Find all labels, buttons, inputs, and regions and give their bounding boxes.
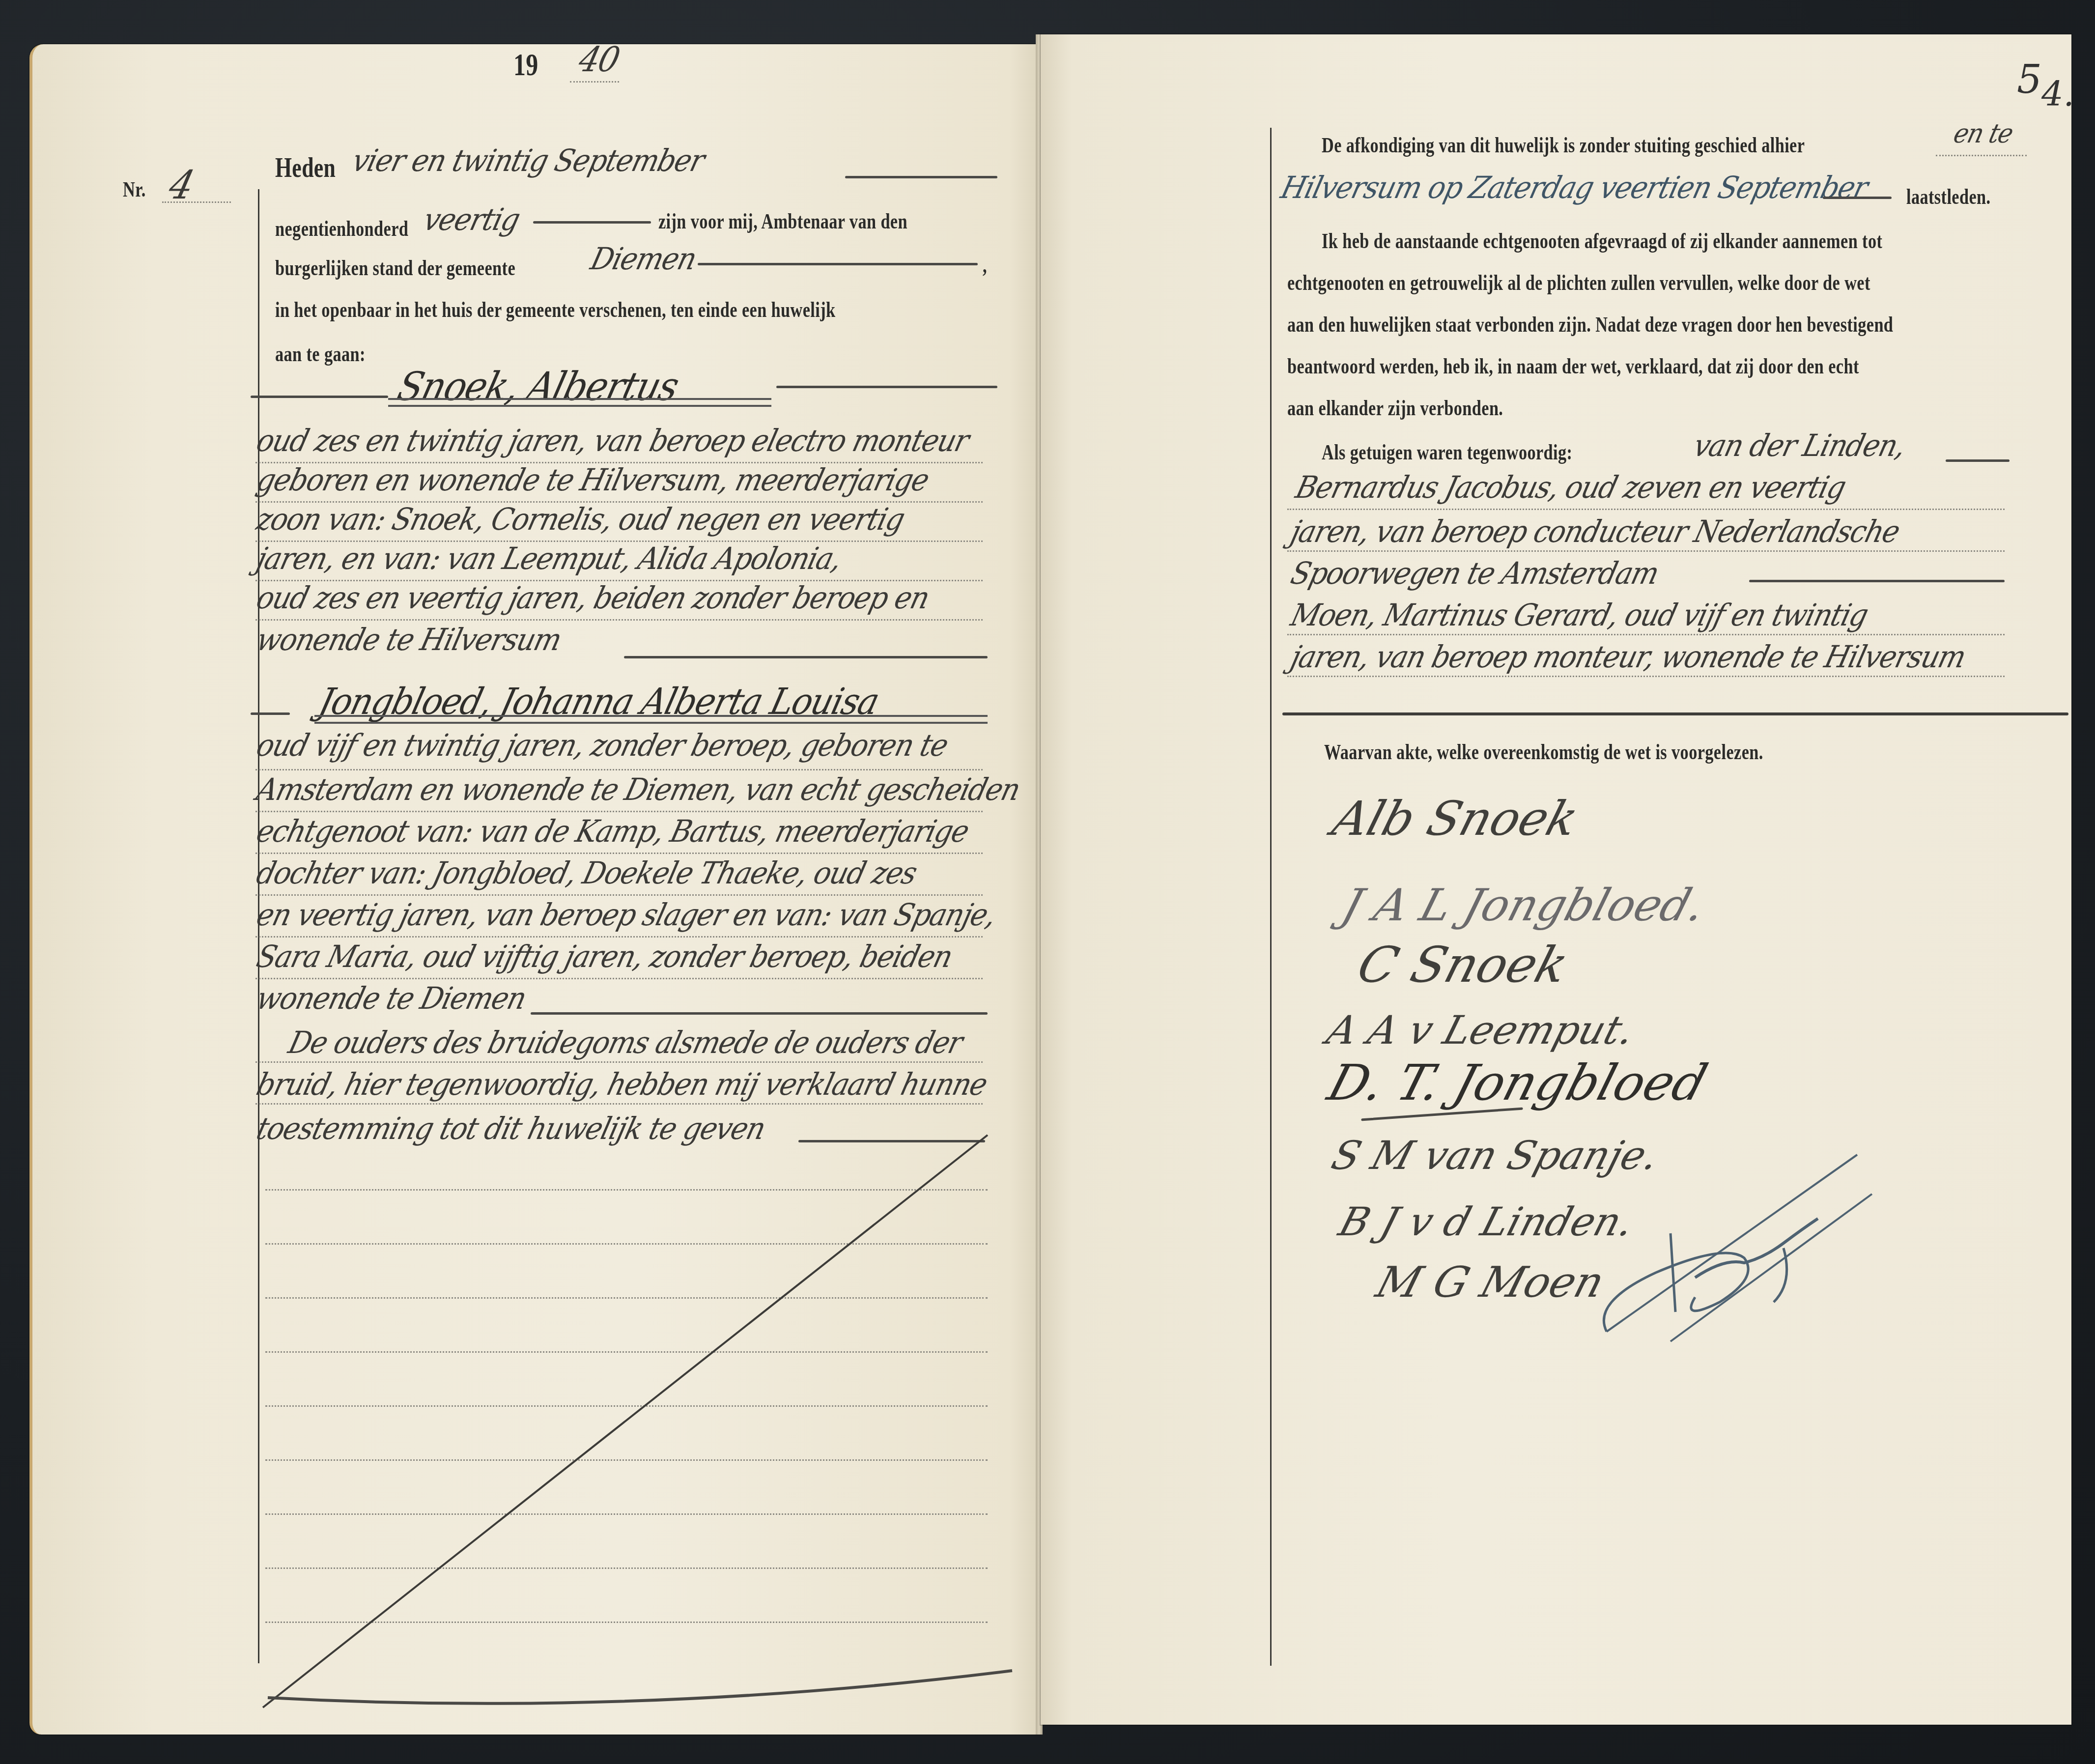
witness-line: Spoorwegen te Amsterdam: [1287, 555, 1662, 591]
witness-line: Bernardus Jacobus, oud zeven en veertig: [1292, 469, 1849, 505]
vows-line: aan elkander zijn verbonden.: [1287, 396, 1503, 421]
dotline: [1287, 634, 2005, 635]
section-divider: [1282, 712, 2068, 715]
dotline: [1287, 509, 2005, 510]
page-number: 5: [2017, 57, 2042, 102]
dotline: [1287, 676, 2005, 677]
cancel-stroke-z: [0, 0, 2095, 1764]
proclamation-handwritten-2: Hilversum op Zaterdag veertien September: [1277, 170, 1871, 205]
witness-line: jaren, van beroep monteur, wonende te Hi…: [1287, 639, 1969, 675]
signature-official-flourish: [1597, 1096, 1941, 1351]
closing-statement: Waarvan akte, welke overeenkomstig de we…: [1324, 740, 1763, 765]
witnesses-label: Als getuigen waren tegenwoordig:: [1322, 440, 1572, 465]
line-fill: [1749, 580, 2005, 582]
dotline: [1936, 155, 2027, 156]
vows-line: beantwoord werden, heb ik, in naam der w…: [1287, 354, 1859, 379]
witness-line: jaren, van beroep conducteur Nederlandsc…: [1287, 513, 1903, 549]
signature-witness-1: B J v d Linden.: [1334, 1199, 1639, 1245]
signature-mother-groom: A A v Leemput.: [1322, 1007, 1640, 1053]
proclamation-handwritten-1: en te: [1951, 118, 2016, 149]
vows-line: Ik heb de aanstaande echtgenooten afgevr…: [1322, 228, 1882, 254]
proclamation-printed: De afkondiging van dit huwelijk is zonde…: [1322, 133, 1805, 158]
right-margin-rule: [1270, 128, 1272, 1666]
witness-line: van der Linden,: [1690, 427, 1909, 463]
signature-father-groom: C Snoek: [1351, 936, 1575, 994]
folio-mark: 4.: [2041, 74, 2074, 114]
signature-witness-2: M G Moen: [1371, 1258, 1610, 1307]
signature-groom: Alb Snoek: [1327, 791, 1584, 846]
line-fill: [1823, 197, 1892, 199]
vows-line: aan den huwelijken staat verbonden zijn.…: [1287, 312, 1893, 337]
proclamation-laatstleden: laatstleden.: [1906, 184, 1991, 209]
witness-line: Moen, Martinus Gerard, oud vijf en twint…: [1287, 597, 1871, 633]
line-fill: [1946, 459, 2010, 462]
dotline: [1287, 550, 2005, 552]
vows-line: echtgenooten en getrouwelijk al de plich…: [1287, 270, 1870, 295]
signature-bride: J A L Jongbloed.: [1336, 880, 1711, 931]
